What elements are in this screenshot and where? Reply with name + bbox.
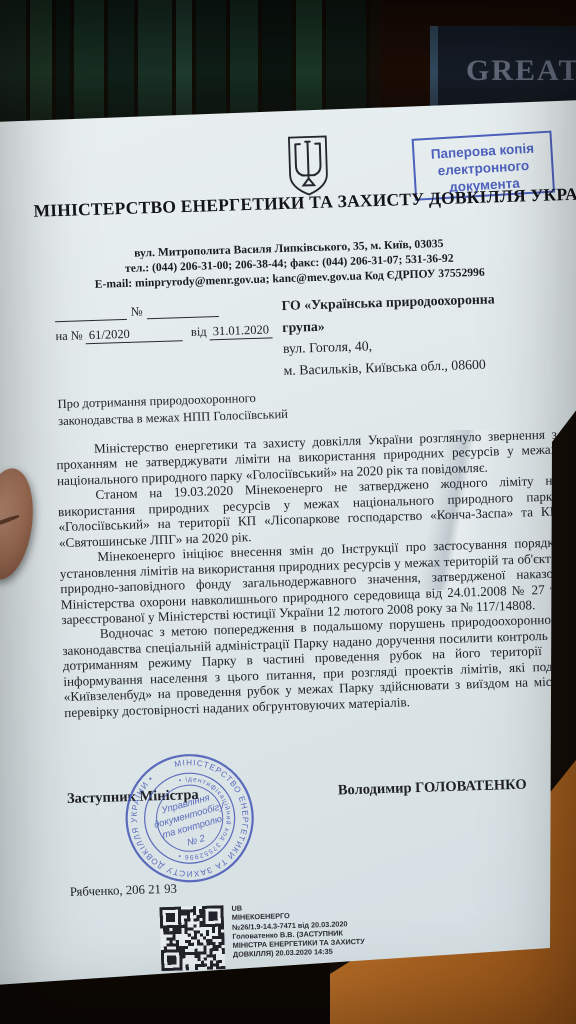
qr-code bbox=[159, 905, 225, 971]
incoming-number-line: на № 61/2020 від 31.01.2020 bbox=[55, 322, 285, 345]
blank-underline bbox=[55, 304, 127, 322]
ministry-address-block: вул. Митрополита Василя Липківського, 35… bbox=[9, 232, 570, 295]
ukraine-trident-icon bbox=[284, 133, 332, 198]
recipient-block: ГО «Українська природоохоронна група» ву… bbox=[281, 286, 560, 381]
letter-body: Міністерство енергетики та захисту довкі… bbox=[56, 426, 565, 720]
seal-center-text: № 2 bbox=[186, 833, 207, 849]
reply-number: 61/2020 bbox=[86, 327, 133, 344]
document-sheet: Паперова копія електронного документа МІ… bbox=[0, 100, 576, 990]
document-content: Паперова копія електронного документа МІ… bbox=[0, 81, 576, 989]
photo-of-document: GREAT Паперова копія електронного докуме… bbox=[0, 0, 576, 1024]
reply-date: 31.01.2020 bbox=[210, 322, 273, 340]
date-prefix: від bbox=[186, 324, 207, 339]
number-sign: № bbox=[127, 304, 147, 320]
outgoing-number-line: № bbox=[55, 299, 285, 322]
qr-caption: UB МІНЕКОЕНЕРГО №26/1.9-14.3-7471 від 20… bbox=[231, 898, 423, 960]
blank-underline bbox=[133, 325, 183, 343]
reference-block: № на № 61/2020 від 31.01.2020 bbox=[55, 299, 286, 345]
reply-prefix: на № bbox=[55, 328, 83, 343]
signer-name: Володимир ГОЛОВАТЕНКО bbox=[338, 777, 527, 800]
blank-underline bbox=[146, 301, 218, 319]
ministry-round-seal: МІНІСТЕРСТВО ЕНЕРГЕТИКИ ТА ЗАХИСТУ ДОВКІ… bbox=[101, 730, 278, 907]
finger-crease bbox=[0, 514, 20, 529]
subject-block: Про дотримання природоохоронного законод… bbox=[57, 388, 328, 429]
paragraph: Водночас з метою попередження в подальшо… bbox=[62, 612, 566, 720]
